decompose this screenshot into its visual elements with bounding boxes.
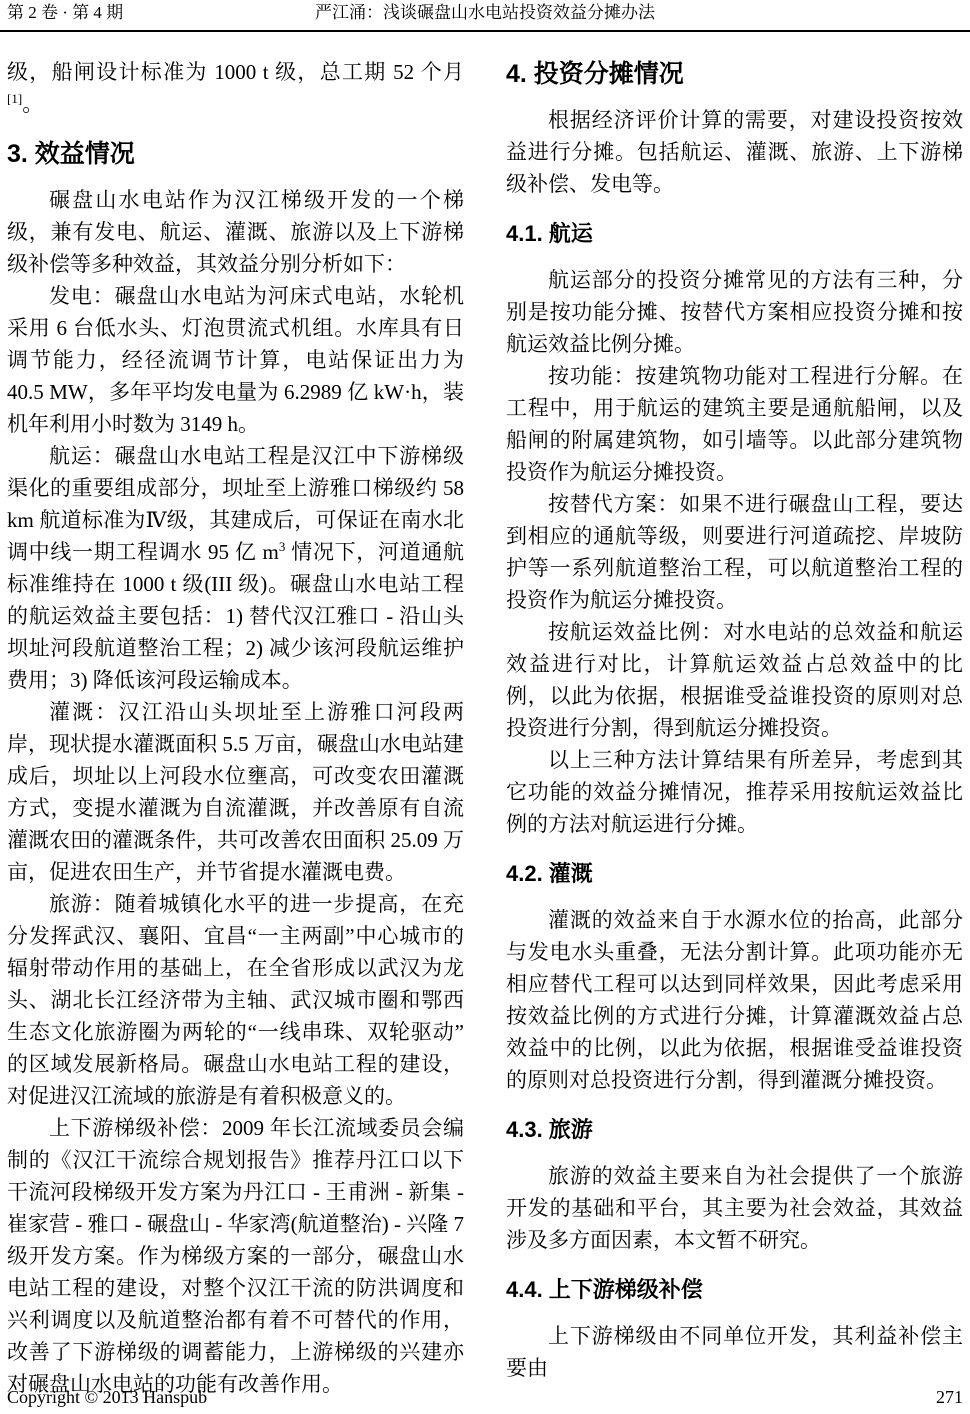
section-4-heading: 4. 投资分摊情况: [506, 56, 963, 92]
section-4-4-heading: 4.4. 上下游梯级补偿: [506, 1272, 963, 1308]
paragraph-by-function: 按功能：按建筑物功能对工程进行分解。在工程中，用于航运的建筑主要是通航船闸，以及…: [506, 360, 963, 488]
paragraph-benefits-intro: 碾盘山水电站作为汉江梯级开发的一个梯级，兼有发电、航运、灌溉、旅游以及上下游梯级…: [7, 184, 464, 280]
running-head: 第 2 卷 · 第 4 期 严江涌：浅谈碾盘山水电站投资效益分摊办法: [0, 0, 970, 32]
section-4-3-heading: 4.3. 旅游: [506, 1112, 963, 1148]
paragraph-shipping-methods: 航运部分的投资分摊常见的方法有三种，分别是按功能分摊、按替代方案相应投资分摊和按…: [506, 264, 963, 360]
section-4-2-heading: 4.2. 灌溉: [506, 856, 963, 892]
copyright-notice: Copyright © 2013 Hanspub: [7, 1387, 207, 1408]
paragraph-irrigation-apportionment: 灌溉的效益来自于水源水位的抬高，此部分与发电水头重叠，无法分割计算。此项功能亦无…: [506, 904, 963, 1096]
paragraph-navigation: 航运：碾盘山水电站工程是汉江中下游梯级渠化的重要组成部分，坝址至上游雅口梯级约 …: [7, 440, 464, 696]
right-column: 4. 投资分摊情况 根据经济评价计算的需要，对建设投资按效益进行分摊。包括航运、…: [506, 56, 963, 1400]
left-column: 级，船闸设计标准为 1000 t 级，总工期 52 个月[1]。 3. 效益情况…: [7, 56, 464, 1400]
section-3-heading: 3. 效益情况: [7, 136, 464, 172]
paragraph-power-generation: 发电：碾盘山水电站为河床式电站，水轮机采用 6 台低水头、灯泡贯流式机组。水库具…: [7, 280, 464, 440]
paragraph-apportionment-intro: 根据经济评价计算的需要，对建设投资按效益进行分摊。包括航运、灌溉、旅游、上下游梯…: [506, 104, 963, 200]
paper-page: 第 2 卷 · 第 4 期 严江涌：浅谈碾盘山水电站投资效益分摊办法 级，船闸设…: [0, 0, 970, 1414]
running-title: 严江涌：浅谈碾盘山水电站投资效益分摊办法: [0, 0, 970, 26]
citation-ref-1: [1]: [7, 91, 22, 106]
paragraph-cascade-apportionment: 上下游梯级由不同单位开发，其利益补偿主要由: [506, 1320, 963, 1384]
page-footer: Copyright © 2013 Hanspub 271: [7, 1387, 963, 1408]
paragraph-shipping-conclusion: 以上三种方法计算结果有所差异，考虑到其它功能的效益分摊情况，推荐采用按航运效益比…: [506, 744, 963, 840]
paragraph-tourism: 旅游：随着城镇化水平的进一步提高，在充分发挥武汉、襄阳、宜昌“一主两副”中心城市…: [7, 888, 464, 1112]
section-4-1-heading: 4.1. 航运: [506, 216, 963, 252]
paragraph-by-benefit-ratio: 按航运效益比例：对水电站的总效益和航运效益进行对比，计算航运效益占总效益中的比例…: [506, 616, 963, 744]
paragraph-irrigation: 灌溉：汉江沿山头坝址至上游雅口河段两岸，现状提水灌溉面积 5.5 万亩，碾盘山水…: [7, 696, 464, 888]
paragraph-tourism-apportionment: 旅游的效益主要来自为社会提供了一个旅游开发的基础和平台，其主要为社会效益，其效益…: [506, 1160, 963, 1256]
continuation-end: 。: [22, 92, 43, 116]
paragraph-continuation: 级，船闸设计标准为 1000 t 级，总工期 52 个月[1]。: [7, 56, 464, 120]
continuation-text: 级，船闸设计标准为 1000 t 级，总工期 52 个月: [7, 60, 464, 84]
two-column-body: 级，船闸设计标准为 1000 t 级，总工期 52 个月[1]。 3. 效益情况…: [0, 32, 970, 1400]
page-number: 271: [936, 1387, 963, 1408]
paragraph-cascade-compensation: 上下游梯级补偿：2009 年长江流域委员会编制的《汉江干流综合规划报告》推荐丹江…: [7, 1112, 464, 1400]
paragraph-by-alternative: 按替代方案：如果不进行碾盘山工程，要达到相应的通航等级，则要进行河道疏挖、岸坡防…: [506, 488, 963, 616]
